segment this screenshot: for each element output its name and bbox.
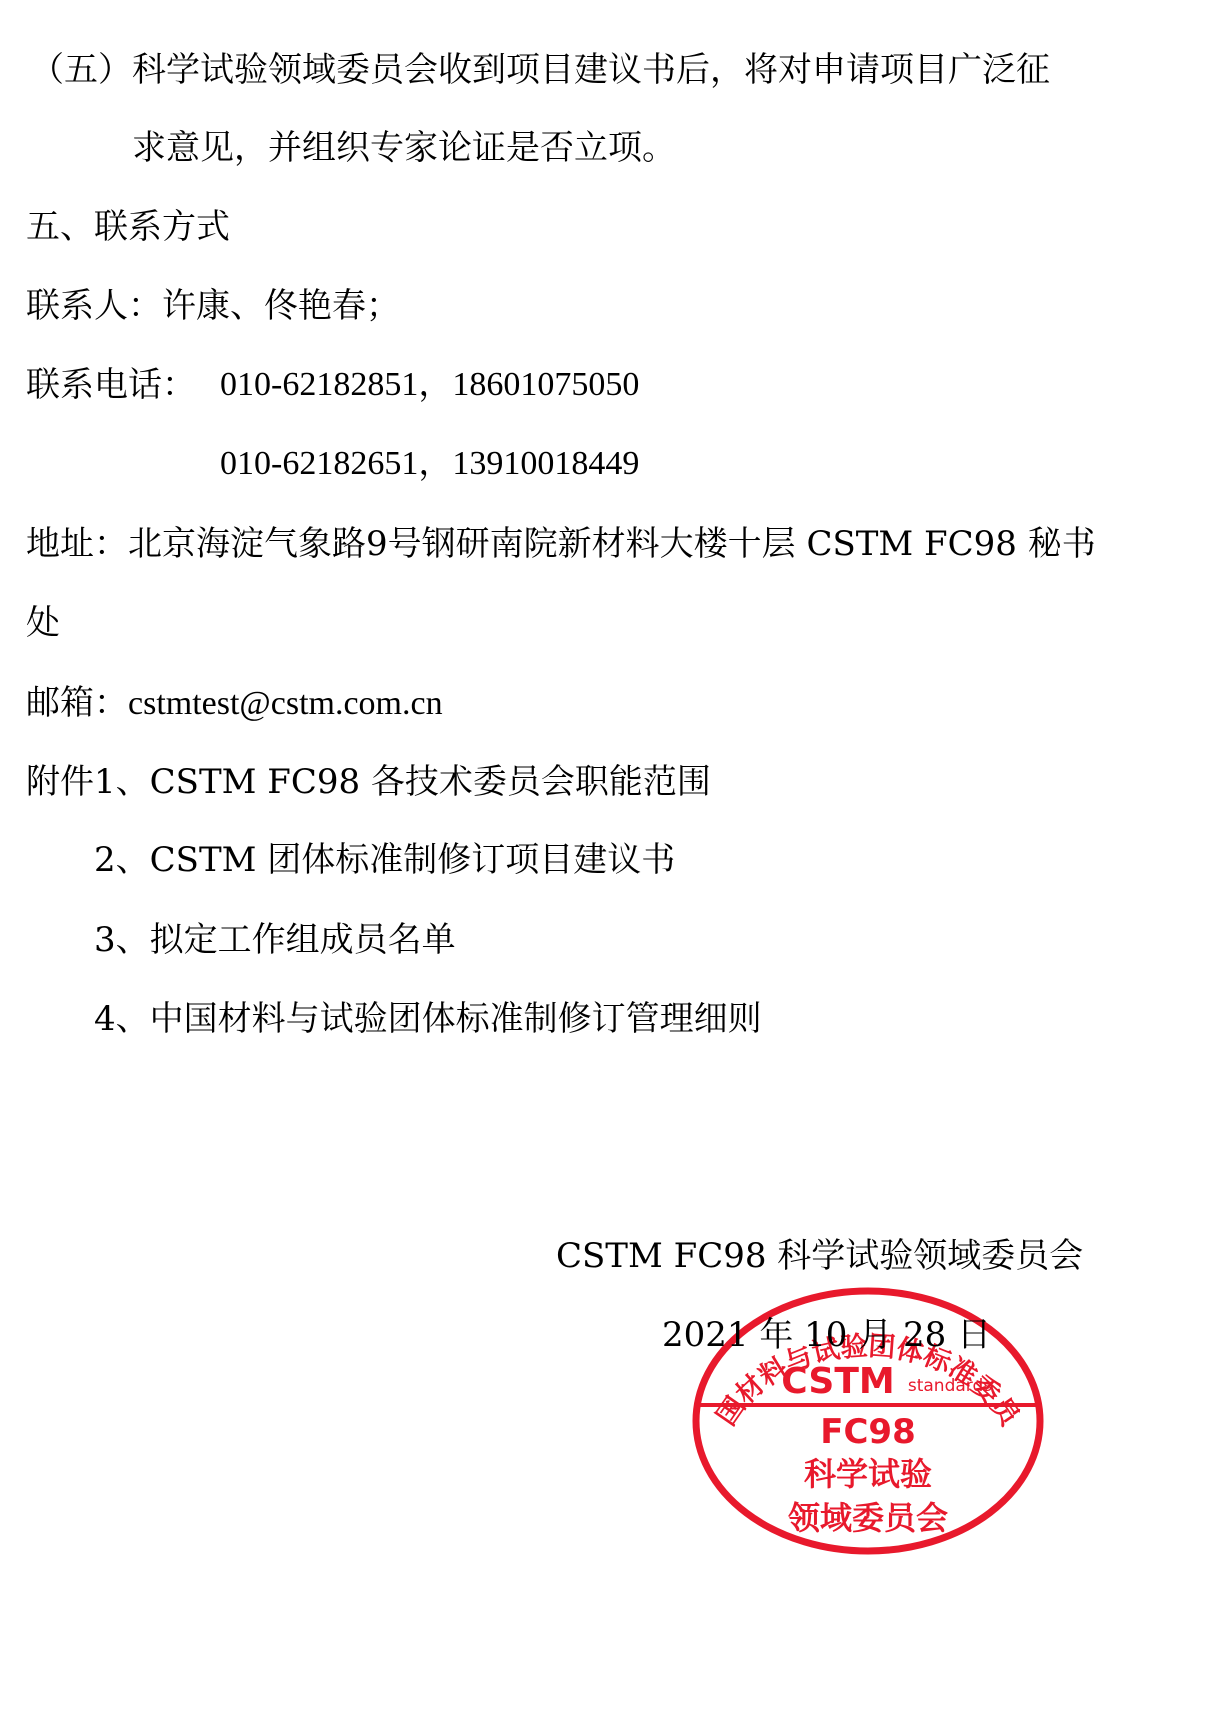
address-value-line-1: 北京海淀气象路9号钢研南院新材料大楼十层 CSTM FC98 秘书 bbox=[128, 524, 1096, 564]
phone-line-1: 010-62182851，18601075050 bbox=[220, 365, 639, 405]
attachment-item-1: 1、CSTM FC98 各技术委员会职能范围 bbox=[94, 762, 711, 802]
stamp-brand-sub: standards bbox=[908, 1376, 992, 1396]
attachment-item-3: 3、拟定工作组成员名单 bbox=[94, 920, 456, 960]
address-label: 地址： bbox=[26, 524, 128, 564]
attachment-item-2: 2、CSTM 团体标准制修订项目建议书 bbox=[94, 840, 675, 880]
address-row: 地址：北京海淀气象路9号钢研南院新材料大楼十层 CSTM FC98 秘书 bbox=[26, 524, 1096, 564]
attachment-row-1: 附件1、CSTM FC98 各技术委员会职能范围 bbox=[26, 762, 711, 802]
signature-organization: CSTM FC98 科学试验领域委员会 bbox=[556, 1236, 1083, 1276]
attachments-label: 附件 bbox=[26, 762, 94, 802]
attachment-item-4: 4、中国材料与试验团体标准制修订管理细则 bbox=[94, 999, 762, 1039]
paragraph-item-5-line-1: （五）科学试验领域委员会收到项目建议书后，将对申请项目广泛征 bbox=[30, 50, 1050, 90]
phone-label: 联系电话： bbox=[26, 365, 196, 405]
phone-line-2: 010-62182651，13910018449 bbox=[220, 444, 639, 484]
official-seal-stamp: 中国材料与试验团体标准委员会 CSTM standards FC98 科学试验 … bbox=[688, 1285, 1048, 1557]
email-link[interactable]: cstmtest@cstm.com.cn bbox=[128, 685, 443, 722]
stamp-ring-text: 中国材料与试验团体标准委员会 bbox=[688, 1285, 1026, 1433]
stamp-inner-line-1: 科学试验 bbox=[804, 1455, 932, 1493]
email-row: 邮箱：cstmtest@cstm.com.cn bbox=[26, 683, 443, 724]
paragraph-item-5-line-2: 求意见，并组织专家论证是否立项。 bbox=[132, 128, 676, 168]
address-value-line-2: 处 bbox=[26, 603, 60, 643]
section-heading-contact: 五、联系方式 bbox=[26, 207, 230, 247]
contact-persons-row: 联系人：许康、佟艳春； bbox=[26, 286, 400, 326]
stamp-brand: CSTM bbox=[781, 1361, 894, 1402]
contact-persons-label: 联系人： bbox=[26, 286, 162, 326]
stamp-inner-line-2: 领域委员会 bbox=[788, 1499, 948, 1537]
stamp-code: FC98 bbox=[820, 1412, 916, 1452]
email-label: 邮箱： bbox=[26, 683, 128, 723]
contact-persons-value: 许康、佟艳春； bbox=[162, 286, 400, 326]
